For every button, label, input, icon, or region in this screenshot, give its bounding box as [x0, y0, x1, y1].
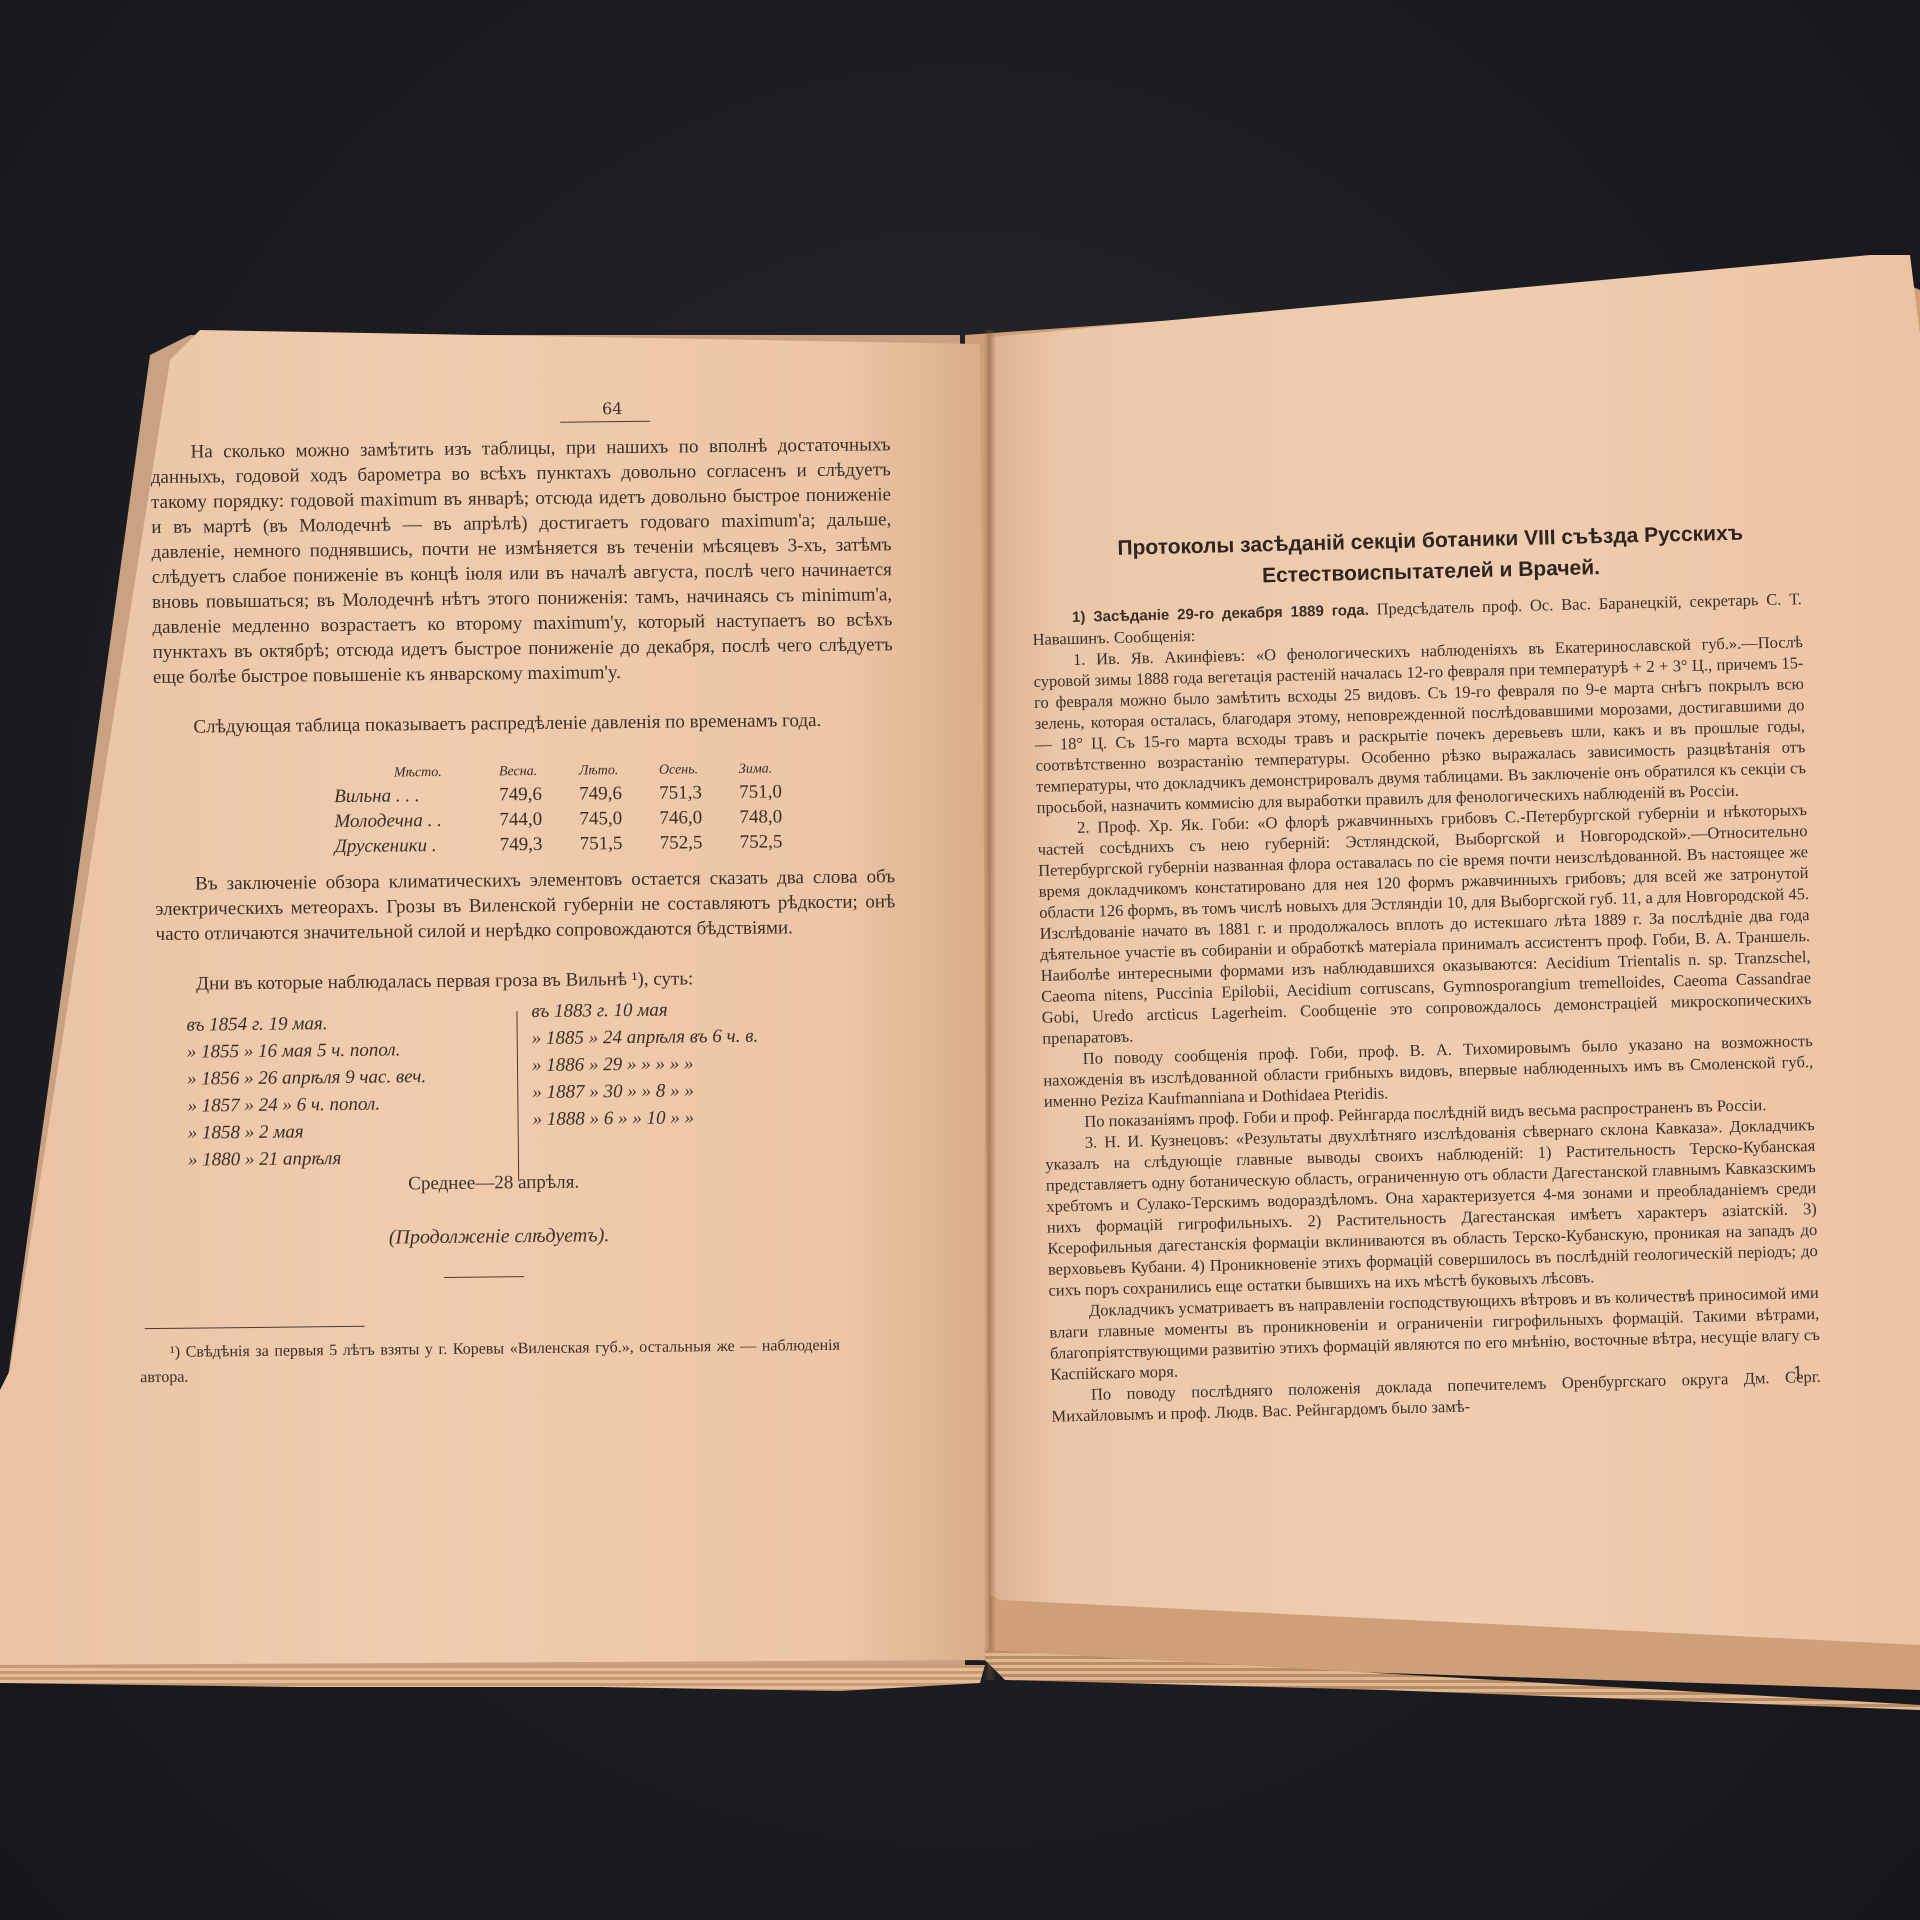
right-page-number: 1	[1792, 1361, 1803, 1385]
average-date: Среднее—28 апрѣля.	[408, 1171, 579, 1197]
photo-scene: 64 На сколько можно замѣтить изъ таблицы…	[0, 0, 1920, 1920]
book-gutter	[984, 330, 996, 1680]
thunder-dates-left-column: въ 1854 г. 19 мая. » 1855 » 16 мая 5 ч. …	[186, 1012, 427, 1176]
report-item-1: 1. Ив. Яв. Акинфіевъ: «О фенологическихъ…	[1033, 631, 1807, 818]
barometer-paragraph: На сколько можно замѣтить изъ таблицы, п…	[150, 432, 893, 690]
footnote: ¹) Свѣдѣнія за первыя 5 лѣтъ взяты у г. …	[140, 1333, 840, 1390]
protocol-body: 1) Засѣданіе 29-го декабря 1889 года. Пр…	[1032, 588, 1822, 1427]
left-page-number: 64	[602, 397, 623, 421]
report-item-3: 3. Н. И. Кузнецовъ: «Результаты двухлѣтн…	[1045, 1114, 1819, 1301]
pressure-table-row: Друскеники . 749,3 751,5 752,5 752,5	[335, 831, 820, 861]
continuation-note: (Продолженіе слѣдуетъ).	[389, 1223, 610, 1249]
report-item-2: 2. Проф. Хр. Як. Гоби: «О флорѣ ржавчинн…	[1037, 799, 1812, 1049]
thunderstorm-paragraph: Въ заключеніе обзора климатическихъ элем…	[155, 864, 896, 947]
pressure-table: Мѣсто. Весна. Лѣто. Осень. Зима. Вильна …	[334, 761, 820, 861]
session-heading: 1) Засѣданіе 29-го декабря 1889 года.	[1072, 602, 1369, 626]
thunder-dates-right-column: въ 1883 г. 10 мая » 1885 » 24 апрѣля въ …	[531, 999, 759, 1136]
left-page-bottom-edge	[0, 1665, 985, 1695]
